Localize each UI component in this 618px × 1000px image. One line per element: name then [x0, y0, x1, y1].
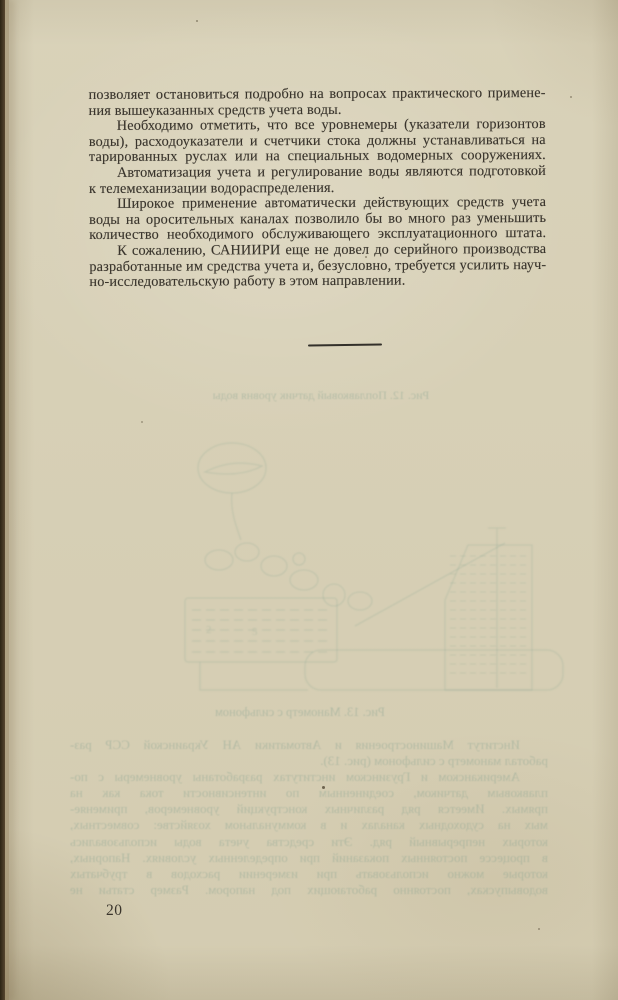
ghost-tank [185, 598, 337, 662]
showthrough-text: Институт Машиностроения и Автоматики АН … [70, 737, 548, 898]
paper-speck [141, 421, 143, 423]
showthrough-line: мых на судоходных каналах и в коммунальн… [70, 817, 548, 833]
paper-speck [365, 256, 367, 258]
paper-speck [322, 786, 325, 789]
showthrough-line: прямых. Имеется ряд различных конструкци… [70, 801, 548, 817]
showthrough-caption-top: Рис. 12. Поплавковый датчик уровня воды [168, 388, 474, 403]
showthrough-line: плавковым датчиком, соединенным по интен… [70, 785, 548, 801]
ghost-wall [445, 545, 532, 690]
paper-speck [538, 928, 540, 930]
svg-text:2: 2 [206, 624, 212, 636]
showthrough-line: которые можно использовать при измерении… [70, 866, 548, 882]
showthrough-line: Институт Машиностроения и Автоматики АН … [70, 737, 548, 753]
section-divider [308, 343, 382, 346]
showthrough-line: работал манометр с сильфоном (рис. 13). [70, 753, 548, 769]
text-line: позволяет остановиться подробно на вопро… [89, 86, 546, 104]
paper-speck [196, 20, 198, 22]
book-spine-edge [0, 0, 5, 1000]
showthrough-line: в процессе постоянных показаний при опре… [70, 850, 548, 866]
showthrough-line: водовыпусках, постоянно работающих под н… [70, 882, 548, 898]
ghost-pipe [305, 650, 563, 690]
text-line: но-исследовательскую работу в этом напра… [89, 273, 546, 291]
ghost-float-ellipse [198, 443, 266, 493]
showthrough-line: Американском и Грузинском институтах раз… [70, 769, 548, 785]
paper-speck [570, 96, 572, 98]
showthrough-caption-bottom: Рис. 13. Манометр с сильфоном [110, 705, 490, 720]
showthrough-line: которых непрерывный ряд. Эти средства уч… [70, 834, 548, 850]
ghost-cable [355, 543, 505, 626]
page-number: 20 [106, 902, 123, 920]
text-line: Автоматизация учета и регулирование воды… [89, 164, 546, 182]
body-text: позволяет остановиться подробно на вопро… [89, 86, 547, 291]
svg-text:5: 5 [252, 626, 258, 638]
book-page: 2 5 Рис. 12. Поплавковый датчик уровня в… [0, 0, 618, 1000]
